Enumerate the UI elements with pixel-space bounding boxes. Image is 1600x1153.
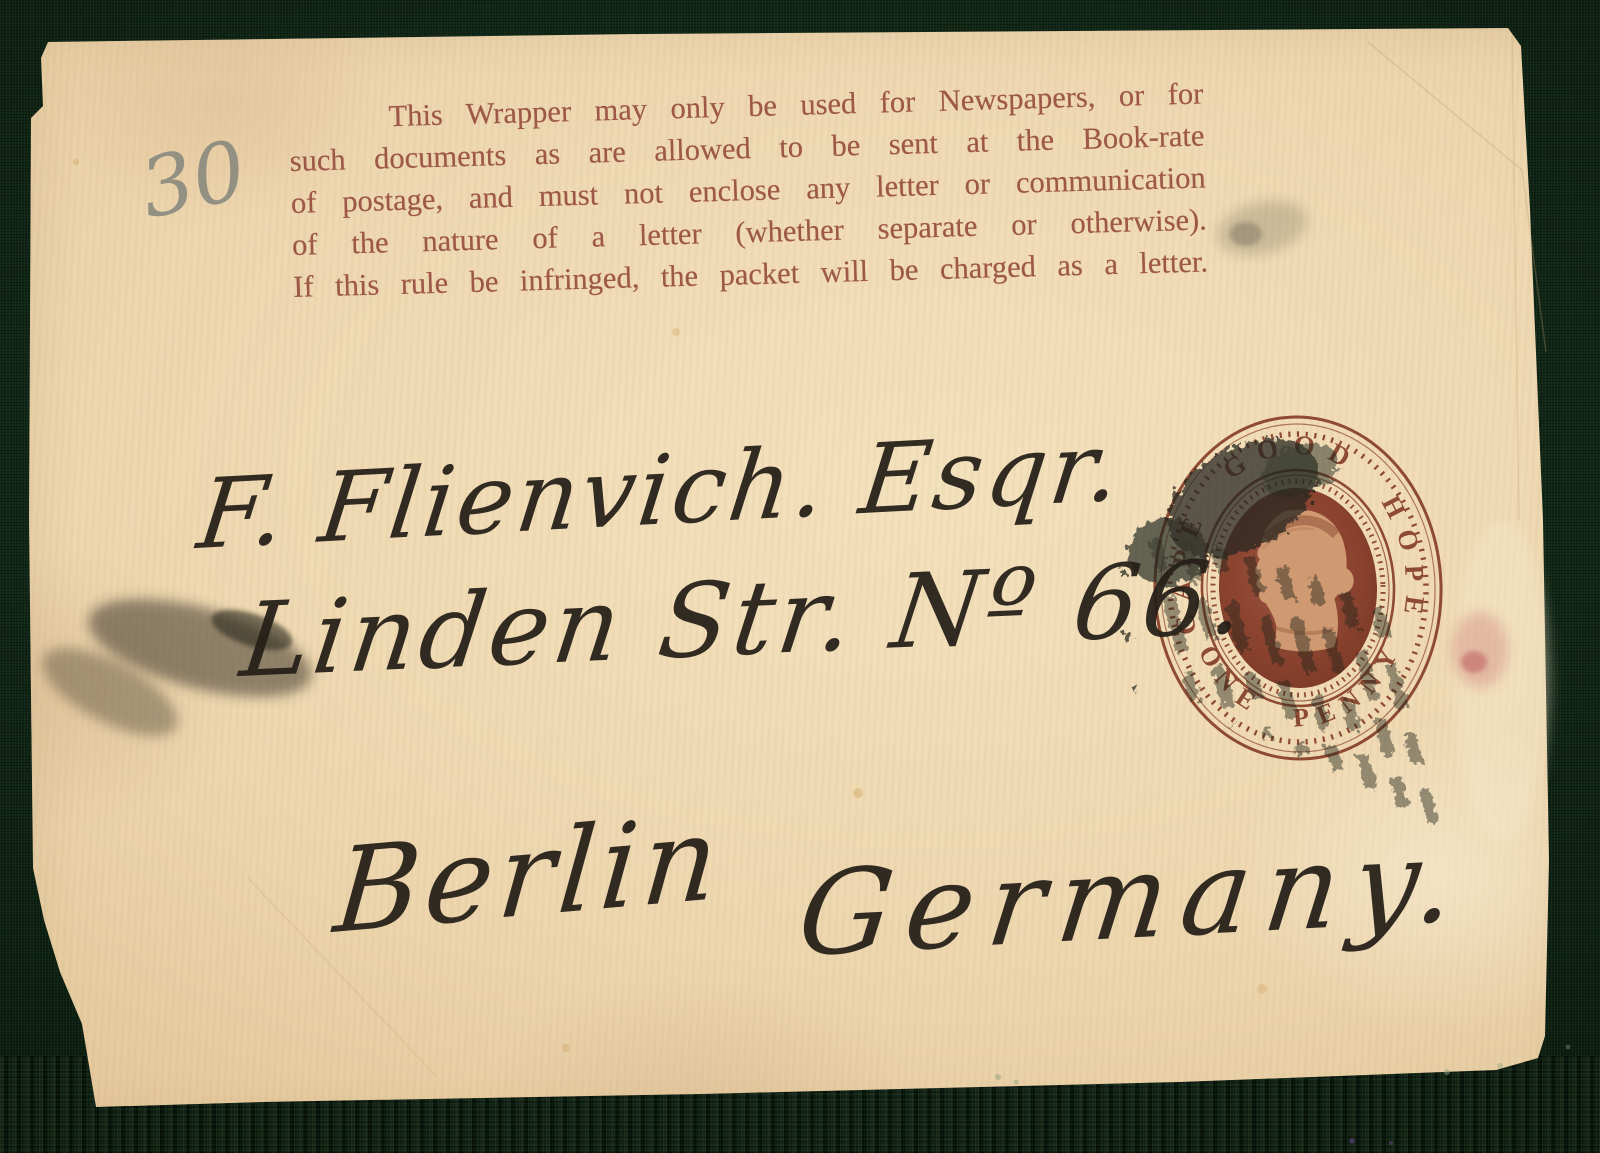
gray-smudge-core (1230, 222, 1262, 246)
foxing-spot (562, 1044, 570, 1052)
wrapper-markings-overlay: 30 CAPE GOOD HOPE ONE PENNY (0, 0, 1600, 1153)
crease-line (1368, 42, 1546, 352)
backdrop-flecks (995, 1045, 1571, 1146)
address-city: Berlin (328, 790, 729, 961)
foxing-spot (1257, 984, 1267, 994)
pencil-annotation: 30 (132, 123, 254, 238)
crease-line (1512, 36, 1519, 520)
foxing-spot (672, 328, 680, 336)
address-country: Germany. (792, 812, 1477, 983)
red-stain-core (1461, 651, 1487, 673)
gray-smudge (1211, 192, 1313, 265)
foxing-spot (853, 788, 863, 798)
red-stain (1452, 612, 1508, 688)
address-street: Linden Str. Nº 66. (233, 538, 1256, 701)
foxing-spot (73, 159, 79, 165)
photo-backdrop: This Wrapper may only be used for Newspa… (0, 0, 1600, 1153)
address-name: F. Flienvich. Esqr. (190, 410, 1129, 572)
